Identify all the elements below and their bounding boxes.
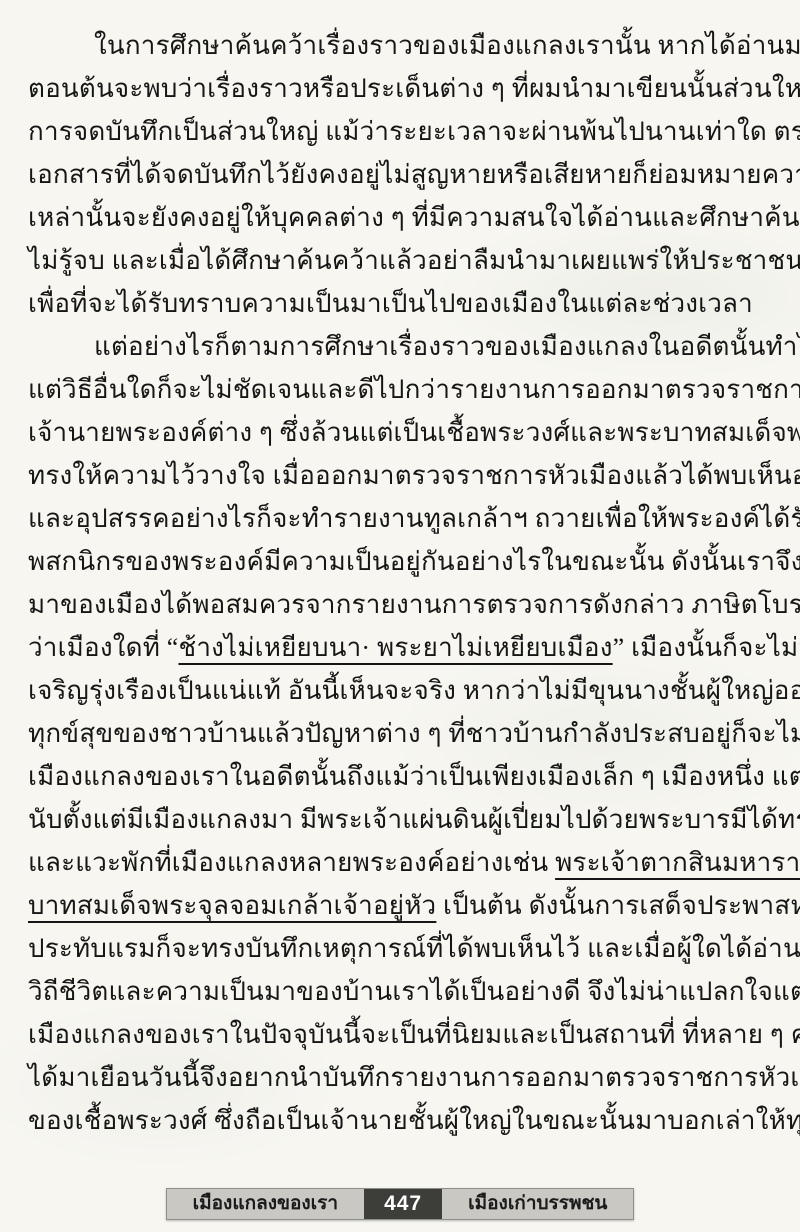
body-text: ในการศึกษาค้นคว้าเรื่องราวของเมืองแกลงเร… xyxy=(28,24,774,1142)
text-segment: และแวะพักที่เมืองแกลงหลายพระองค์อย่างเช่… xyxy=(28,848,555,877)
text-segment: ประทับแรมก็จะทรงบันทึกเหตุการณ์ที่ได้พบเ… xyxy=(28,934,800,963)
footer-book-title: เมืองแกลงของเรา xyxy=(167,1189,364,1219)
scanned-book-page: ในการศึกษาค้นคว้าเรื่องราวของเมืองแกลงเร… xyxy=(0,0,800,1232)
footer-section-title: เมืองเก่าบรรพชน xyxy=(442,1189,633,1219)
text-segment: ไม่รู้จบ และเมื่อได้ศึกษาค้นคว้าแล้วอย่า… xyxy=(28,246,800,275)
text-line-10: เจ้านายพระองค์ต่าง ๆ ซึ่งล้วนแต่เป็นเชื้… xyxy=(28,411,774,454)
text-line-11: ทรงให้ความไว้วางใจ เมื่อออกมาตรวจราชการห… xyxy=(28,454,774,497)
text-segment: พสกนิกรของพระองค์มีความเป็นอยู่กันอย่างไ… xyxy=(28,547,800,576)
text-line-7: เพื่อที่จะได้รับทราบความเป็นมาเป็นไปของเ… xyxy=(28,282,774,325)
text-segment: เอกสารที่ได้จดบันทึกไว้ยังคงอยู่ไม่สูญหา… xyxy=(28,160,800,189)
text-segment: เมืองแกลงของเราในอดีตนั้นถึงแม้ว่าเป็นเพ… xyxy=(28,762,800,791)
text-line-4: เอกสารที่ได้จดบันทึกไว้ยังคงอยู่ไม่สูญหา… xyxy=(28,153,774,196)
text-segment: แต่วิธีอื่นใดก็จะไม่ชัดเจนและดีไปกว่าราย… xyxy=(28,375,800,404)
text-line-9: แต่วิธีอื่นใดก็จะไม่ชัดเจนและดีไปกว่าราย… xyxy=(28,368,774,411)
footer-bar: เมืองแกลงของเรา 447 เมืองเก่าบรรพชน xyxy=(166,1188,635,1220)
text-segment: ว่าเมืองใดที่ “ xyxy=(28,633,179,662)
text-segment: มาของเมืองได้พอสมควรจากรายงานการตรวจการด… xyxy=(28,590,800,619)
underlined-text-segment: บาทสมเด็จพระจุลจอมเกล้าเจ้าอยู่หัว xyxy=(28,891,436,920)
text-segment: ในการศึกษาค้นคว้าเรื่องราวของเมืองแกลงเร… xyxy=(94,31,800,60)
text-segment: ได้มาเยือนวันนี้จึงอยากนำบันทึกรายงานการ… xyxy=(28,1063,800,1092)
text-segment: การจดบันทึกเป็นส่วนใหญ่ แม้ว่าระยะเวลาจะ… xyxy=(28,117,800,146)
page-number: 447 xyxy=(364,1189,442,1219)
text-line-26: ของเชื้อพระวงศ์ ซึ่งถือเป็นเจ้านายชั้นผู… xyxy=(28,1099,774,1142)
text-segment: ของเชื้อพระวงศ์ ซึ่งถือเป็นเจ้านายชั้นผู… xyxy=(28,1106,800,1135)
text-segment: เจริญรุ่งเรืองเป็นแน่แท้ อันนี้เห็นจะจริ… xyxy=(28,676,800,705)
text-line-2: ตอนต้นจะพบว่าเรื่องราวหรือประเด็นต่าง ๆ … xyxy=(28,67,774,110)
text-line-15: ว่าเมืองใดที่ “ช้างไม่เหยียบนา· พระยาไม่… xyxy=(28,626,774,669)
text-line-1: ในการศึกษาค้นคว้าเรื่องราวของเมืองแกลงเร… xyxy=(28,24,774,67)
text-segment: ตอนต้นจะพบว่าเรื่องราวหรือประเด็นต่าง ๆ … xyxy=(28,74,800,103)
text-line-3: การจดบันทึกเป็นส่วนใหญ่ แม้ว่าระยะเวลาจะ… xyxy=(28,110,774,153)
text-segment: นับตั้งแต่มีเมืองแกลงมา มีพระเจ้าแผ่นดิน… xyxy=(28,805,800,834)
text-segment: ทรงให้ความไว้วางใจ เมื่อออกมาตรวจราชการห… xyxy=(28,461,800,490)
text-segment: และอุปสรรคอย่างไรก็จะทำรายงานทูลเกล้าฯ ถ… xyxy=(28,504,800,533)
text-line-14: มาของเมืองได้พอสมควรจากรายงานการตรวจการด… xyxy=(28,583,774,626)
text-line-21: บาทสมเด็จพระจุลจอมเกล้าเจ้าอยู่หัว เป็นต… xyxy=(28,884,774,927)
text-line-18: เมืองแกลงของเราในอดีตนั้นถึงแม้ว่าเป็นเพ… xyxy=(28,755,774,798)
text-segment: วิถีชีวิตและความเป็นมาของบ้านเราได้เป็นอ… xyxy=(28,977,800,1006)
text-line-22: ประทับแรมก็จะทรงบันทึกเหตุการณ์ที่ได้พบเ… xyxy=(28,927,774,970)
text-line-20: และแวะพักที่เมืองแกลงหลายพระองค์อย่างเช่… xyxy=(28,841,774,884)
text-segment: ทุกข์สุขของชาวบ้านแล้วปัญหาต่าง ๆ ที่ชาว… xyxy=(28,719,800,748)
text-line-19: นับตั้งแต่มีเมืองแกลงมา มีพระเจ้าแผ่นดิน… xyxy=(28,798,774,841)
text-segment: แต่อย่างไรก็ตามการศึกษาเรื่องราวของเมือง… xyxy=(94,332,800,361)
text-line-12: และอุปสรรคอย่างไรก็จะทำรายงานทูลเกล้าฯ ถ… xyxy=(28,497,774,540)
underlined-text-segment: ช้างไม่เหยียบนา· พระยาไม่เหยียบเมือง xyxy=(179,633,613,662)
underlined-text-segment: พระเจ้าตากสินมหาราช xyxy=(555,848,800,877)
text-line-25: ได้มาเยือนวันนี้จึงอยากนำบันทึกรายงานการ… xyxy=(28,1056,774,1099)
text-line-16: เจริญรุ่งเรืองเป็นแน่แท้ อันนี้เห็นจะจริ… xyxy=(28,669,774,712)
text-line-13: พสกนิกรของพระองค์มีความเป็นอยู่กันอย่างไ… xyxy=(28,540,774,583)
text-segment: เจ้านายพระองค์ต่าง ๆ ซึ่งล้วนแต่เป็นเชื้… xyxy=(28,418,800,447)
text-line-5: เหล่านั้นจะยังคงอยู่ให้บุคคลต่าง ๆ ที่มี… xyxy=(28,196,774,239)
text-segment: เพื่อที่จะได้รับทราบความเป็นมาเป็นไปของเ… xyxy=(28,289,753,318)
text-segment: เหล่านั้นจะยังคงอยู่ให้บุคคลต่าง ๆ ที่มี… xyxy=(28,203,800,232)
text-line-8: แต่อย่างไรก็ตามการศึกษาเรื่องราวของเมือง… xyxy=(28,325,774,368)
text-segment: เป็นต้น ดังนั้นการเสด็จประพาสหรือแวะ xyxy=(436,891,800,920)
text-line-6: ไม่รู้จบ และเมื่อได้ศึกษาค้นคว้าแล้วอย่า… xyxy=(28,239,774,282)
text-line-23: วิถีชีวิตและความเป็นมาของบ้านเราได้เป็นอ… xyxy=(28,970,774,1013)
page-footer: เมืองแกลงของเรา 447 เมืองเก่าบรรพชน xyxy=(0,1188,800,1220)
text-segment: ” เมืองนั้นก็จะไม่มีความ xyxy=(613,633,800,662)
text-line-24: เมืองแกลงของเราในปัจจุบันนี้จะเป็นที่นิย… xyxy=(28,1013,774,1056)
text-segment: เมืองแกลงของเราในปัจจุบันนี้จะเป็นที่นิย… xyxy=(28,1020,800,1049)
text-line-17: ทุกข์สุขของชาวบ้านแล้วปัญหาต่าง ๆ ที่ชาว… xyxy=(28,712,774,755)
